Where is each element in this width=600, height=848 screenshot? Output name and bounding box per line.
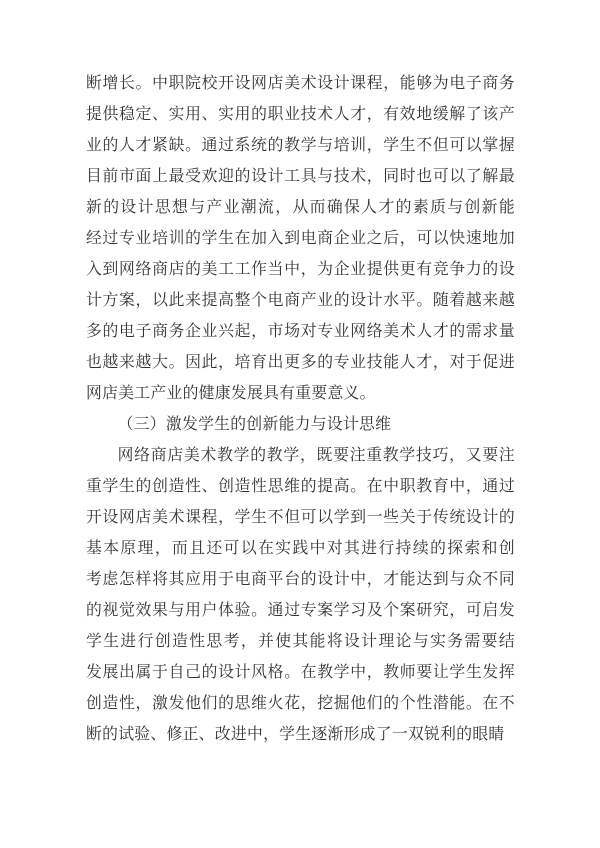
paragraph-1-line: 也越来越大。因此，培育出更多的专业技能人才，对于促进 bbox=[86, 347, 515, 378]
paragraph-2-line: 重学生的创造性、创造性思维的提高。在中职教育中，通过 bbox=[86, 471, 515, 502]
paragraph-2-last-line: 断的试验、修正、改进中，学生逐渐形成了一双锐利的眼睛 bbox=[86, 719, 515, 750]
paragraph-2-line: 创造性，激发他们的思维火花，挖掘他们的个性潜能。在不 bbox=[86, 688, 515, 719]
paragraph-2-line: 开设网店美术课程，学生不但可以学到一些关于传统设计的 bbox=[86, 502, 515, 533]
paragraph-1-last-line: 网店美工产业的健康发展具有重要意义。 bbox=[86, 378, 515, 409]
document-page: 断增长。中职院校开设网店美术设计课程，能够为电子商务 提供稳定、实用、实用的职业… bbox=[0, 0, 600, 848]
paragraph-1-line: 提供稳定、实用、实用的职业技术人才，有效地缓解了该产 bbox=[86, 99, 515, 130]
paragraph-2-line: 考虑怎样将其应用于电商平台的设计中，才能达到与众不同 bbox=[86, 564, 515, 595]
document-content: 断增长。中职院校开设网店美术设计课程，能够为电子商务 提供稳定、实用、实用的职业… bbox=[0, 0, 600, 750]
paragraph-2-line: 学生进行创造性思考，并使其能将设计理论与实务需要结合， bbox=[86, 626, 515, 657]
paragraph-1-line: 多的电子商务企业兴起，市场对专业网络美术人才的需求量 bbox=[86, 316, 515, 347]
paragraph-2-line: 的视觉效果与用户体验。通过专案学习及个案研究，可启发 bbox=[86, 595, 515, 626]
paragraph-2-line: 基本原理，而且还可以在实践中对其进行持续的探索和创新， bbox=[86, 533, 515, 564]
paragraph-2-line: 发展出属于自己的设计风格。在教学中，教师要让学生发挥 bbox=[86, 657, 515, 688]
paragraph-1-line: 新的设计思想与产业潮流，从而确保人才的素质与创新能力。 bbox=[86, 192, 515, 223]
section-heading: （三）激发学生的创新能力与设计思维 bbox=[86, 409, 515, 440]
paragraph-1-line: 入到网络商店的美工工作当中，为企业提供更有竞争力的设 bbox=[86, 254, 515, 285]
paragraph-1-line: 断增长。中职院校开设网店美术设计课程，能够为电子商务 bbox=[86, 68, 515, 99]
paragraph-2-line: 网络商店美术教学的教学，既要注重教学技巧，又要注 bbox=[86, 440, 515, 471]
paragraph-1-line: 计方案，以此来提高整个电商产业的设计水平。随着越来越 bbox=[86, 285, 515, 316]
paragraph-1-line: 业的人才紧缺。通过系统的教学与培训，学生不但可以掌握 bbox=[86, 130, 515, 161]
paragraph-1-line: 目前市面上最受欢迎的设计工具与技术，同时也可以了解最 bbox=[86, 161, 515, 192]
paragraph-1-line: 经过专业培训的学生在加入到电商企业之后，可以快速地加 bbox=[86, 223, 515, 254]
